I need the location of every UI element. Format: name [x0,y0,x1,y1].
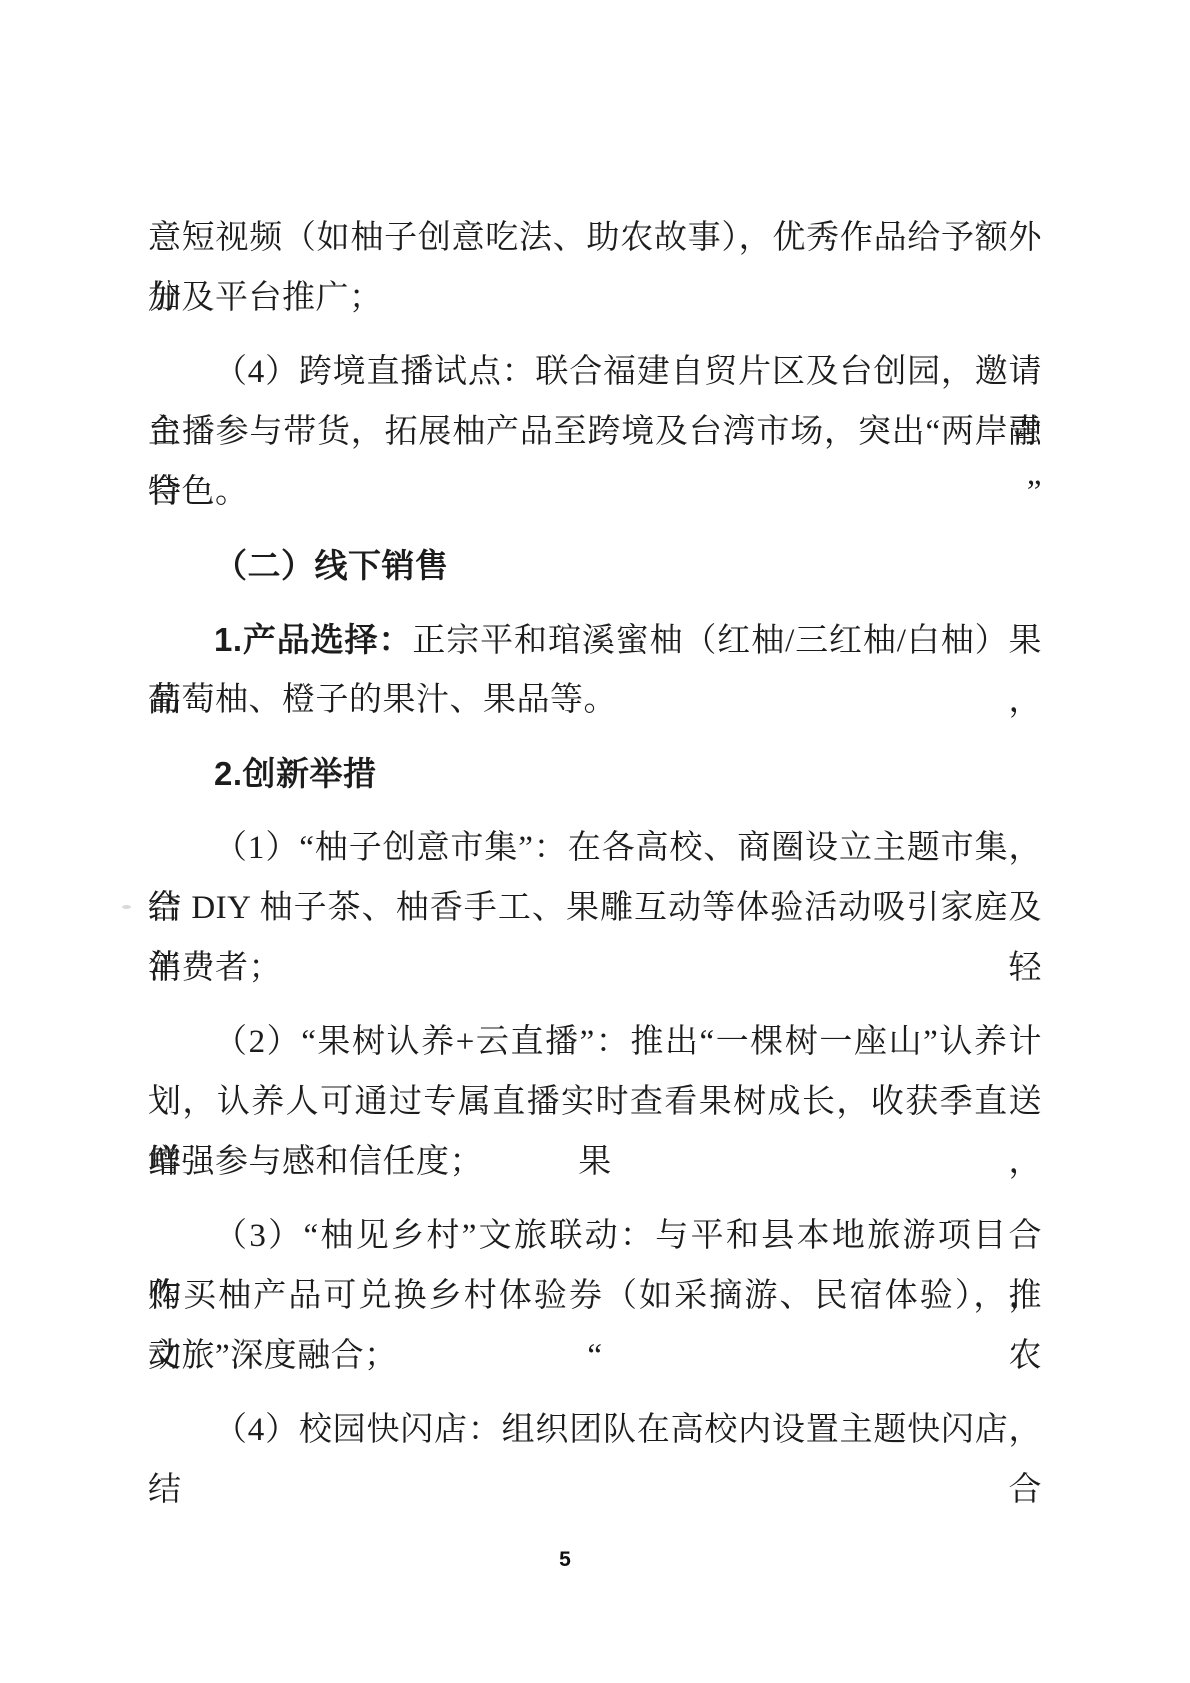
text-line: 分及平台推广； [148,268,1042,328]
section-heading-innovation: 2.创新举措 [148,744,1042,804]
page-number: 5 [0,1548,1130,1572]
run-in-heading: 1.产品选择： [214,621,412,658]
heading-text: 2.创新举措 [148,744,1042,804]
document-page: 意短视频（如柚子创意吃法、助农故事），优秀作品给予额外加 分及平台推广； （4）… [0,0,1190,1683]
heading-text: （二）线下销售 [148,536,1042,596]
paragraph-rural-tourism: （3）“柚见乡村”文旅联动：与平和县本地旅游项目合作， 购买柚产品可兑换乡村体验… [148,1206,1042,1386]
section-heading-offline-sales: （二）线下销售 [148,536,1042,596]
text-line: （1）“柚子创意市集”：在各高校、商圈设立主题市集，结 [148,818,1042,878]
scan-artifact [122,905,131,909]
paragraph-tree-adoption: （2）“果树认养+云直播”：推出“一棵树一座山”认养计 划，认养人可通过专属直播… [148,1012,1042,1192]
text-line: （4）跨境直播试点：联合福建自贸片区及台创园，邀请台青 [148,342,1042,402]
paragraph-product-selection: 1.产品选择：正宗平和琯溪蜜柚（红柚/三红柚/白柚）果品， 葡萄柚、橙子的果汁、… [148,610,1042,730]
text-line: （2）“果树认养+云直播”：推出“一棵树一座山”认养计 [148,1012,1042,1072]
text-line: 意短视频（如柚子创意吃法、助农故事），优秀作品给予额外加 [148,208,1042,268]
paragraph-video-continued: 意短视频（如柚子创意吃法、助农故事），优秀作品给予额外加 分及平台推广； [148,208,1042,328]
text-line: 合 DIY 柚子茶、柚香手工、果雕互动等体验活动吸引家庭及年轻 [148,878,1042,938]
paragraph-cross-border-livestream: （4）跨境直播试点：联合福建自贸片区及台创园，邀请台青 主播参与带货，拓展柚产品… [148,342,1042,522]
text-line: 购买柚产品可兑换乡村体验券（如采摘游、民宿体验），推动“农 [148,1266,1042,1326]
text-line: 划，认养人可通过专属直播实时查看果树成长，收获季直送鲜果， [148,1072,1042,1132]
text-line: 主播参与带货，拓展柚产品至跨境及台湾市场，突出“两岸融合” [148,402,1042,462]
text-line: 1.产品选择：正宗平和琯溪蜜柚（红柚/三红柚/白柚）果品， [148,610,1042,670]
paragraph-creative-market: （1）“柚子创意市集”：在各高校、商圈设立主题市集，结 合 DIY 柚子茶、柚香… [148,818,1042,998]
text-line: （4）校园快闪店：组织团队在高校内设置主题快闪店，结合 [148,1400,1042,1460]
text-line: （3）“柚见乡村”文旅联动：与平和县本地旅游项目合作， [148,1206,1042,1266]
paragraph-campus-popup: （4）校园快闪店：组织团队在高校内设置主题快闪店，结合 [148,1400,1042,1460]
document-content: 意短视频（如柚子创意吃法、助农故事），优秀作品给予额外加 分及平台推广； （4）… [148,208,1042,1460]
